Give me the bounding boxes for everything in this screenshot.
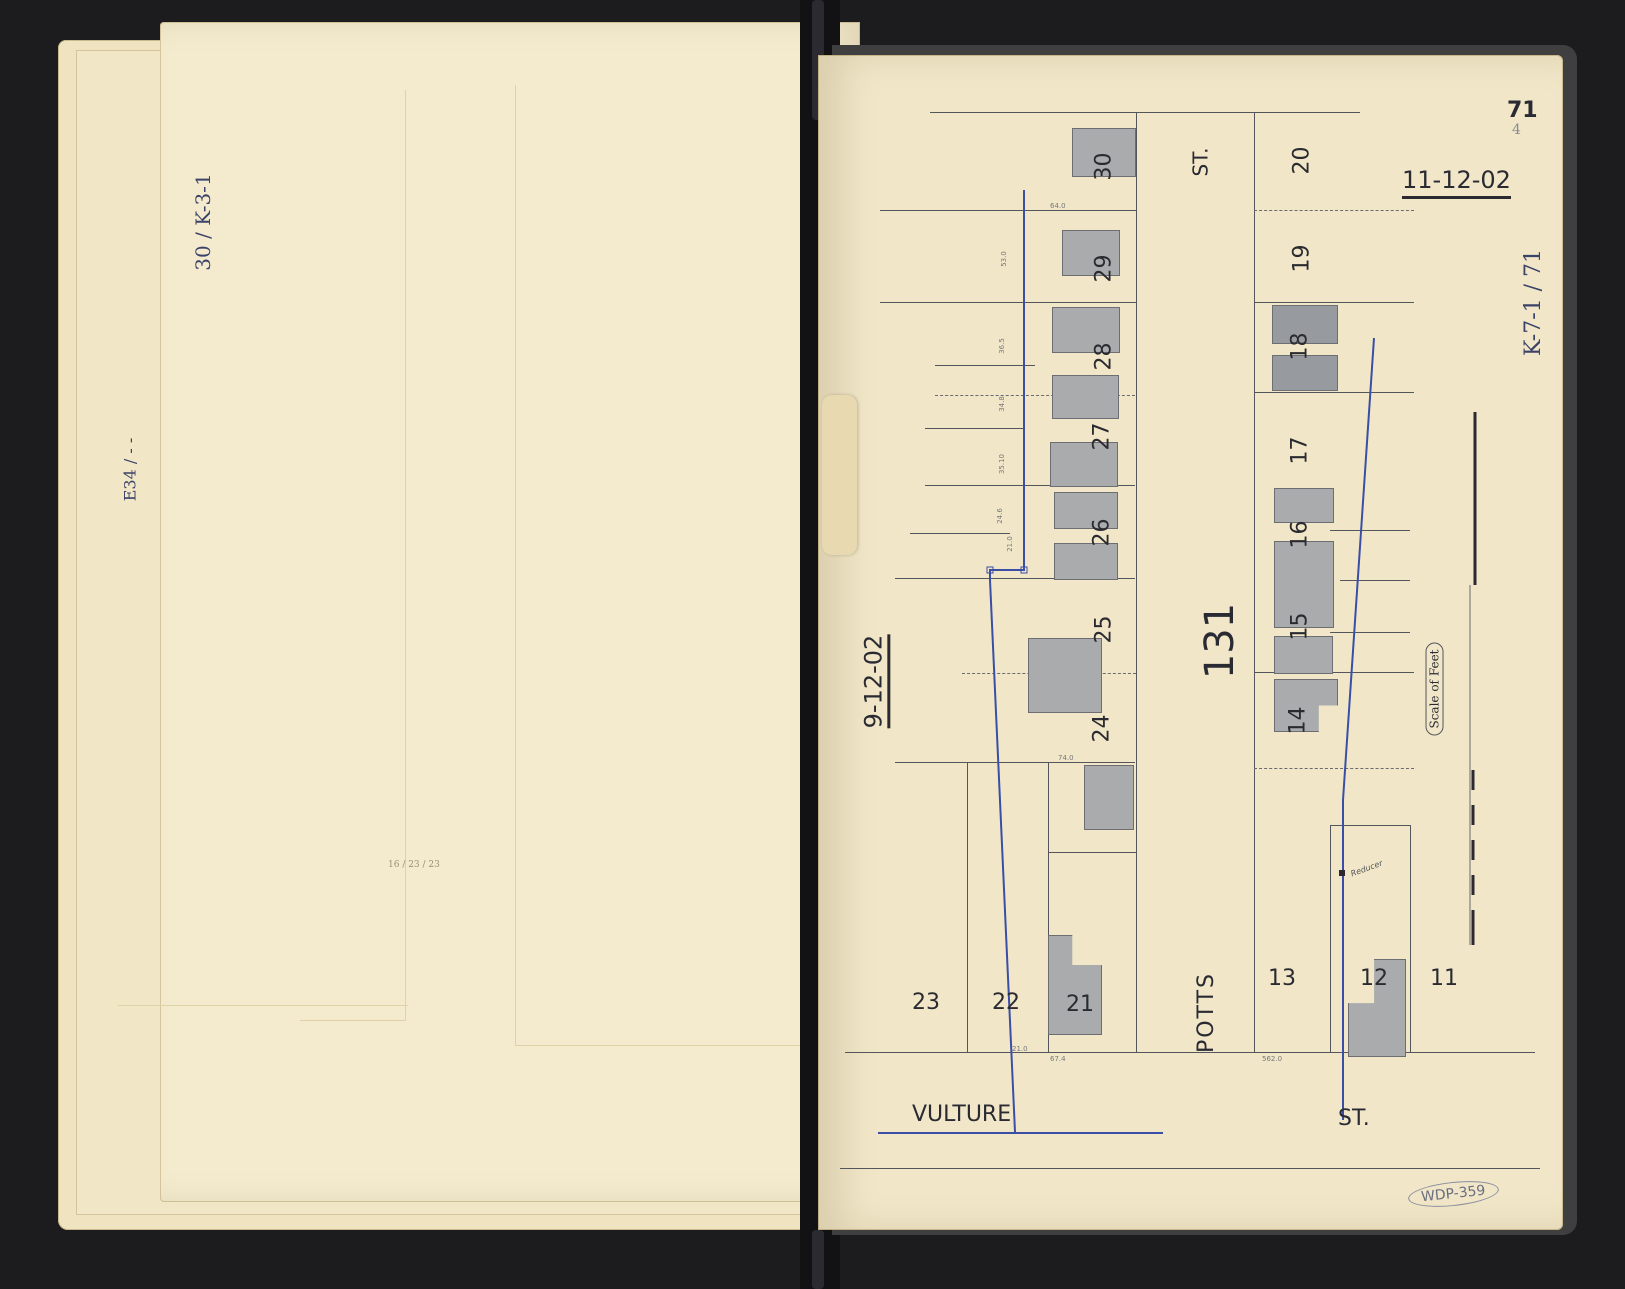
lot-number: 17 <box>1288 437 1313 465</box>
street-label-potts: POTTS <box>1194 972 1219 1053</box>
lot-number: 20 <box>1290 147 1315 175</box>
lot-number: 13 <box>1268 966 1296 991</box>
dimension-label: 24.6 <box>996 508 1004 524</box>
lot-number: 19 <box>1290 245 1315 273</box>
street-label-vulture: VULTURE <box>912 1102 1011 1127</box>
lot-number: 12 <box>1360 966 1388 991</box>
dimension-label: 36.5 <box>998 338 1006 354</box>
dimension-label: 21.0 <box>1006 536 1014 552</box>
lot-number: 23 <box>912 990 940 1015</box>
lot-number: 29 <box>1092 255 1117 283</box>
lot-number: 30 <box>1092 153 1117 181</box>
dimension-label: 34.8 <box>998 396 1006 412</box>
block-number: 131 <box>1197 603 1243 679</box>
catalog-reference: K-7-1 / 71 <box>1521 249 1546 356</box>
dimension-label: 64.0 <box>1050 202 1066 210</box>
building-lot-24-25 <box>1028 638 1102 713</box>
lot-number: 11 <box>1430 966 1458 991</box>
lot-number: 24 <box>1090 715 1115 743</box>
lot-number: 25 <box>1092 616 1117 644</box>
lot-number: 21 <box>1066 992 1094 1017</box>
dimension-label: 562.0 <box>1262 1055 1282 1063</box>
dimension-label: 74.0 <box>1058 754 1074 762</box>
dimension-label: 67.4 <box>1050 1055 1066 1063</box>
lot-number: 28 <box>1092 343 1117 371</box>
lot-number: 15 <box>1288 613 1313 641</box>
date-stamp-top: 11-12-02 <box>1402 166 1511 199</box>
building-lot-28b <box>1052 375 1119 419</box>
building-lot-24-rear <box>1084 765 1134 830</box>
lot-number: 22 <box>992 990 1020 1015</box>
street-label-st: ST. <box>1188 148 1212 177</box>
date-stamp-vertical: 9-12-02 <box>859 635 890 729</box>
building-lot-16 <box>1274 488 1334 523</box>
lot-number: 18 <box>1288 333 1313 361</box>
lot-number: 27 <box>1090 423 1115 451</box>
scale-of-feet-label: Scale of Feet <box>1426 642 1444 735</box>
lot-number: 16 <box>1288 521 1313 549</box>
building-lot-26 <box>1054 543 1118 580</box>
building-lot-15b <box>1274 636 1333 674</box>
lot-number: 26 <box>1090 519 1115 547</box>
dimension-label: 21.0 <box>1012 1045 1028 1053</box>
dimension-label: 35.10 <box>998 454 1006 474</box>
dimension-label: 53.0 <box>1000 251 1008 267</box>
page-number: 71 <box>1507 98 1538 123</box>
page-subnote: 4 <box>1512 122 1521 138</box>
lot-number: 14 <box>1286 707 1311 735</box>
street-label-vulture-st: ST. <box>1338 1106 1370 1131</box>
survey-line-overlay <box>0 0 1625 1289</box>
